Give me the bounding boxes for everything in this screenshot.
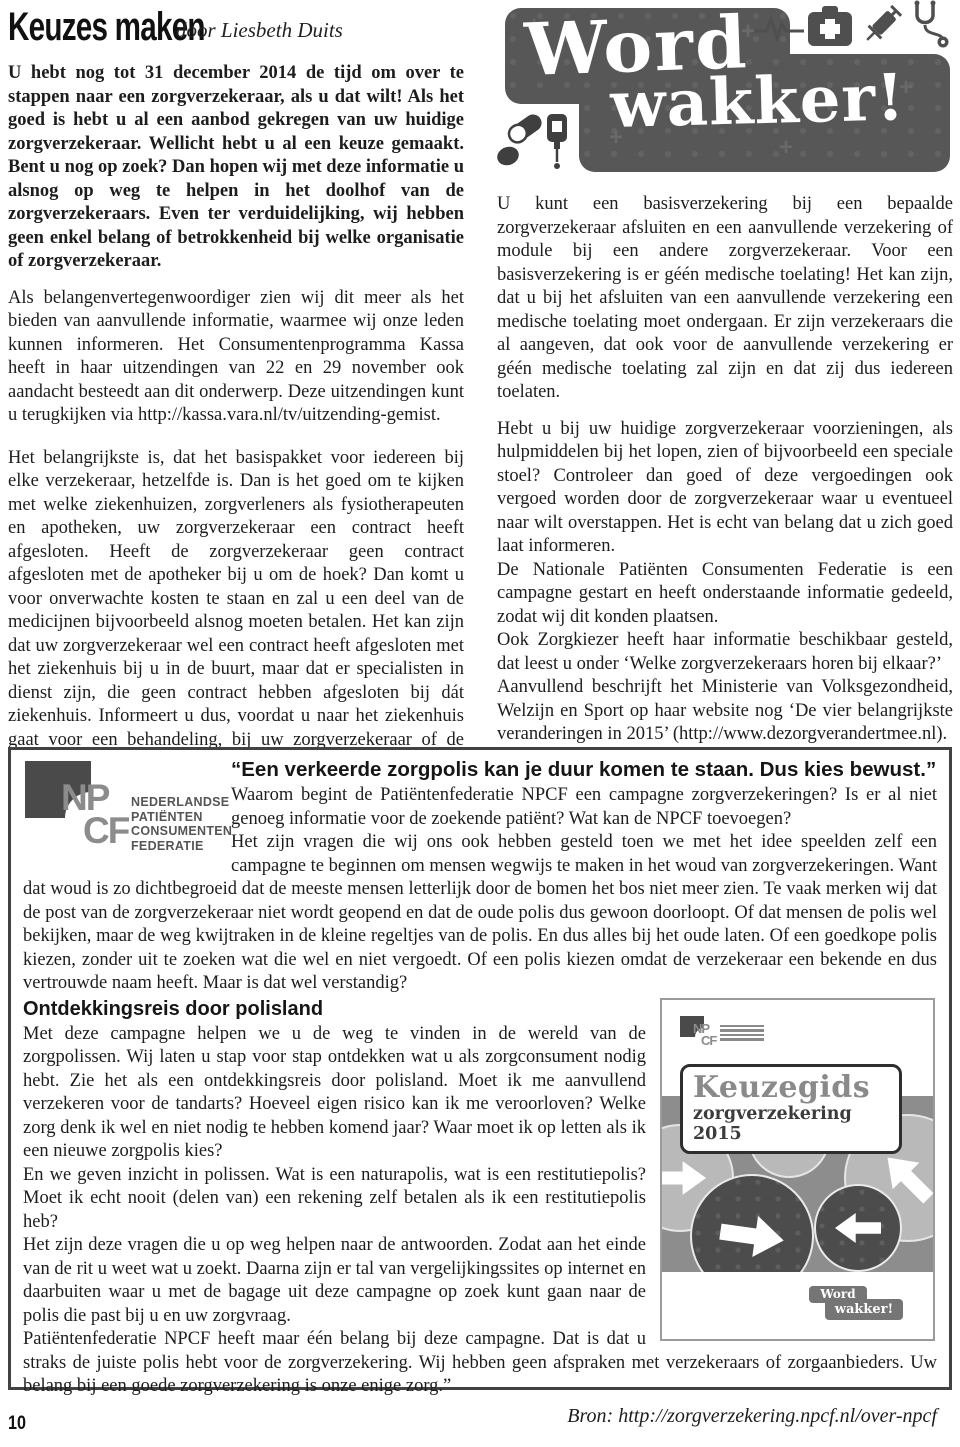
intro-paragraph: U hebt nog tot 31 december 2014 de tijd … xyxy=(8,62,464,274)
byline: door Liesbeth Duits xyxy=(176,18,343,42)
pills-icon xyxy=(495,112,545,168)
left-paragraph: Als belangenvertegenwoordiger zien wij d… xyxy=(8,287,464,428)
npcf-letters-cf: CF xyxy=(83,812,128,849)
word-wakker-badge: Word wakker! xyxy=(805,1285,907,1327)
npcf-logo-text: NEDERLANDSE PATIËNTEN CONSUMENTEN FEDERA… xyxy=(131,795,232,853)
source-line: Bron: http://zorgverzekering.npcf.nl/ove… xyxy=(23,1403,937,1429)
iv-bag-icon xyxy=(543,112,571,172)
arrow-left-icon xyxy=(835,1213,881,1243)
npcf-logo: NP CF NEDERLANDSE PATIËNTEN CONSUMENTEN … xyxy=(23,755,231,859)
keuzegids-cover-image: NP CF xyxy=(660,998,935,1341)
npcf-text-line: PATIËNTEN xyxy=(131,810,232,825)
right-column: + + + + + + Word wakker! xyxy=(497,0,953,747)
magazine-page: Keuzes maken door Liesbeth Duits U hebt … xyxy=(0,0,960,1447)
word-wakker-banner: + + + + + + Word wakker! xyxy=(497,0,953,184)
syringe-icon xyxy=(859,2,905,48)
badge-wakker-text: wakker! xyxy=(825,1299,903,1320)
npcf-logo-small: NP CF xyxy=(680,1016,810,1058)
cover-title-box: Keuzegids zorgverzekering 2015 xyxy=(680,1064,902,1154)
stethoscope-icon xyxy=(909,0,953,48)
npcf-quote-box: NP CF NEDERLANDSE PATIËNTEN CONSUMENTEN … xyxy=(8,747,952,1390)
right-paragraph: De Nationale Patiënten Consumenten Feder… xyxy=(497,559,953,630)
npcf-micro-text xyxy=(720,1025,764,1043)
right-paragraph: U kunt een basisverzekering bij een bepa… xyxy=(497,193,953,405)
left-column: Keuzes maken door Liesbeth Duits U hebt … xyxy=(8,6,464,776)
article-header: Keuzes maken door Liesbeth Duits xyxy=(8,6,464,52)
arrow-right-icon xyxy=(662,1161,706,1195)
left-paragraph: Het belangrijkste is, dat het basispakke… xyxy=(8,447,464,776)
right-paragraph: Hebt u bij uw huidige zorgverzekeraar vo… xyxy=(497,418,953,559)
npcf-text-line: NEDERLANDSE xyxy=(131,795,232,810)
right-paragraph: Ook Zorgkiezer heeft haar informatie bes… xyxy=(497,629,953,676)
npcf-text-line: FEDERATIE xyxy=(131,839,232,854)
arrow-right-icon xyxy=(717,1210,786,1260)
cover-title: Keuzegids xyxy=(693,1072,889,1104)
npcf-logo-mark: NP CF NEDERLANDSE PATIËNTEN CONSUMENTEN … xyxy=(23,761,223,861)
first-aid-kit-icon xyxy=(807,6,853,48)
keuzegids-cover: NP CF xyxy=(660,998,937,1345)
ecg-heartbeat-icon xyxy=(753,14,805,42)
arrow-circle xyxy=(814,1184,902,1272)
page-number: 10 xyxy=(8,1413,26,1435)
npcf-text-line: CONSUMENTEN xyxy=(131,824,232,839)
cover-subtitle: zorgverzekering 2015 xyxy=(693,1104,889,1144)
banner-wakker-text: wakker! xyxy=(609,42,907,162)
right-paragraph: Aanvullend beschrijft het Ministerie van… xyxy=(497,676,953,747)
npcf-letters-cf: CF xyxy=(701,1034,716,1047)
